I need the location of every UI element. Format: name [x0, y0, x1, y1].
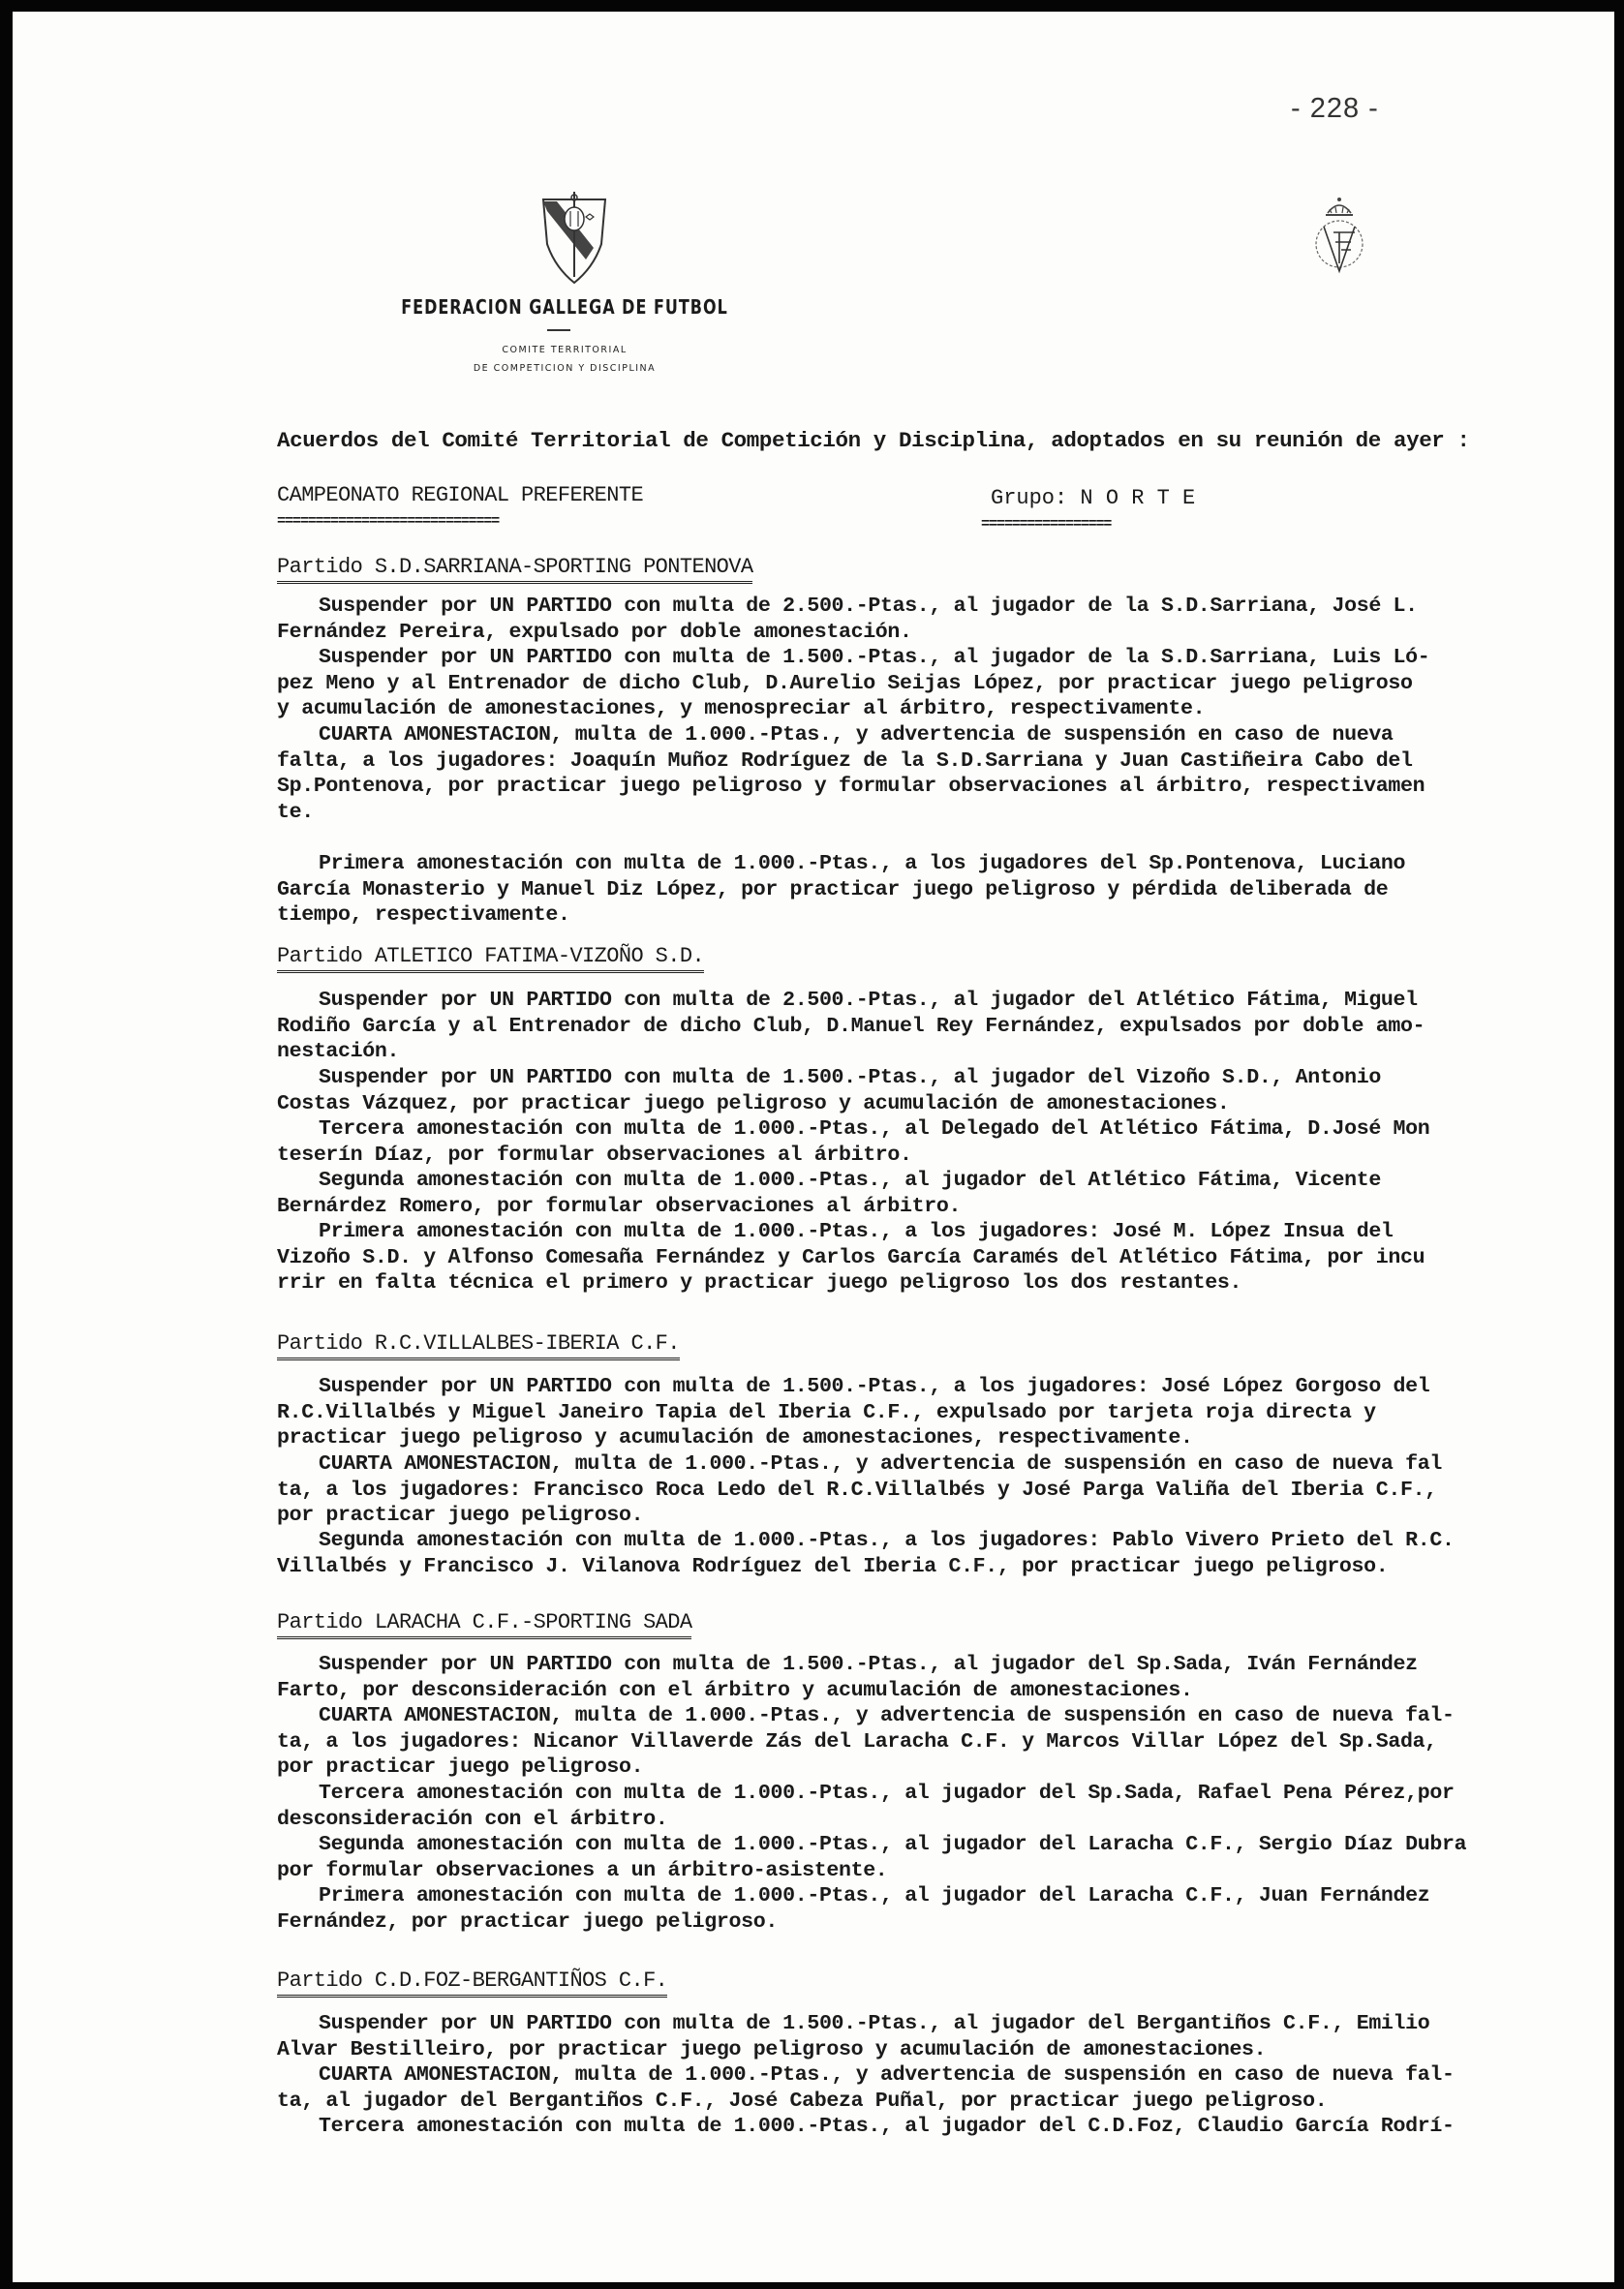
sanction-paragraph: Primera amonestación con multa de 1.000.… [277, 1883, 1579, 1935]
sanction-paragraph: Suspender por UN PARTIDO con multa de 1.… [277, 2011, 1579, 2062]
page-number: - 228 - [1291, 93, 1379, 125]
text-line: CUARTA AMONESTACION, multa de 1.000.-Pta… [277, 1703, 1579, 1729]
text-line: por formular observaciones a un árbitro-… [277, 1858, 1579, 1884]
text-line: rrir en falta técnica el primero y pract… [277, 1270, 1579, 1297]
text-line: desconsideración con el árbitro. [277, 1807, 1579, 1833]
sanction-paragraph: Tercera amonestación con multa de 1.000.… [277, 1781, 1579, 1832]
sanction-paragraph: Suspender por UN PARTIDO con multa de 1.… [277, 645, 1579, 722]
text-line: ta, al jugador del Bergantiños C.F., Jos… [277, 2089, 1579, 2115]
text-line: Primera amonestación con multa de 1.000.… [277, 1883, 1579, 1909]
sanction-paragraph: Suspender por UN PARTIDO con multa de 1.… [277, 1652, 1579, 1703]
text-line: ta, a los jugadores: Nicanor Villaverde … [277, 1729, 1579, 1755]
text-line: Segunda amonestación con multa de 1.000.… [277, 1832, 1579, 1858]
text-line: tiempo, respectivamente. [277, 902, 1579, 929]
championship-title: CAMPEONATO REGIONAL PREFERENTE [277, 483, 643, 507]
text-line: Bernárdez Romero, por formular observaci… [277, 1194, 1579, 1220]
letterhead-divider [547, 329, 570, 331]
text-line: CUARTA AMONESTACION, multa de 1.000.-Pta… [277, 1451, 1579, 1478]
text-line: Primera amonestación con multa de 1.000.… [277, 1219, 1579, 1245]
committee-line-2: DE COMPETICION Y DISCIPLINA [400, 363, 729, 374]
text-line: Suspender por UN PARTIDO con multa de 1.… [277, 1652, 1579, 1678]
match-section-title: Partido LARACHA C.F.-SPORTING SADA [277, 1610, 691, 1639]
text-line: Tercera amonestación con multa de 1.000.… [277, 1116, 1579, 1143]
galician-shield-icon [536, 188, 613, 285]
text-line: y acumulación de amonestaciones, y menos… [277, 696, 1579, 722]
match-section-title: Partido R.C.VILLALBES-IBERIA C.F. [277, 1331, 680, 1360]
text-line: Fernández Pereira, expulsado por doble a… [277, 620, 1579, 646]
sanction-paragraph: CUARTA AMONESTACION, multa de 1.000.-Pta… [277, 722, 1579, 825]
sanction-paragraph: Tercera amonestación con multa de 1.000.… [277, 1116, 1579, 1168]
text-line: Suspender por UN PARTIDO con multa de 2.… [277, 594, 1579, 620]
match-section-title: Partido S.D.SARRIANA-SPORTING PONTENOVA [277, 555, 752, 584]
sanction-paragraph: Suspender por UN PARTIDO con multa de 1.… [277, 1374, 1579, 1451]
text-line: Rodiño García y al Entrenador de dicho C… [277, 1014, 1579, 1040]
text-line: Suspender por UN PARTIDO con multa de 1.… [277, 2011, 1579, 2037]
match-section-title: Partido ATLETICO FATIMA-VIZOÑO S.D. [277, 944, 704, 973]
document-page: - 228 - FEDERACION GALLEGA DE FUTBOL COM… [13, 12, 1614, 2282]
text-line: Suspender por UN PARTIDO con multa de 1.… [277, 645, 1579, 671]
text-line: Segunda amonestación con multa de 1.000.… [277, 1528, 1579, 1554]
text-line: falta, a los jugadores: Joaquín Muñoz Ro… [277, 748, 1579, 775]
championship-rule: ============================= [277, 513, 499, 530]
sanction-paragraph: CUARTA AMONESTACION, multa de 1.000.-Pta… [277, 2062, 1579, 2114]
sanction-paragraph: Primera amonestación con multa de 1.000.… [277, 851, 1579, 929]
text-line: Farto, por desconsideración con el árbit… [277, 1678, 1579, 1704]
sanction-paragraph: CUARTA AMONESTACION, multa de 1.000.-Pta… [277, 1451, 1579, 1529]
text-line: pez Meno y al Entrenador de dicho Club, … [277, 671, 1579, 697]
sanction-paragraph: Suspender por UN PARTIDO con multa de 2.… [277, 988, 1579, 1065]
text-line: Tercera amonestación con multa de 1.000.… [277, 1781, 1579, 1807]
group-rule: ================= [981, 516, 1111, 533]
sanction-paragraph: Segunda amonestación con multa de 1.000.… [277, 1832, 1579, 1883]
text-line: Alvar Bestilleiro, por practicar juego p… [277, 2037, 1579, 2063]
sanction-paragraph: Suspender por UN PARTIDO con multa de 1.… [277, 1065, 1579, 1116]
text-line: nestación. [277, 1039, 1579, 1065]
text-line: ta, a los jugadores: Francisco Roca Ledo… [277, 1478, 1579, 1504]
text-line: García Monasterio y Manuel Diz López, po… [277, 877, 1579, 903]
text-line: Villalbés y Francisco J. Vilanova Rodríg… [277, 1554, 1579, 1580]
text-line: Costas Vázquez, por practicar juego peli… [277, 1091, 1579, 1117]
sanction-paragraph: Tercera amonestación con multa de 1.000.… [277, 2114, 1579, 2140]
intro-heading: Acuerdos del Comité Territorial de Compe… [277, 428, 1470, 453]
text-line: Segunda amonestación con multa de 1.000.… [277, 1168, 1579, 1194]
text-line: por practicar juego peligroso. [277, 1755, 1579, 1781]
text-line: teserín Díaz, por formular observaciones… [277, 1143, 1579, 1169]
sanction-paragraph: CUARTA AMONESTACION, multa de 1.000.-Pta… [277, 1703, 1579, 1781]
text-line: Vizoño S.D. y Alfonso Comesaña Fernández… [277, 1245, 1579, 1271]
text-line: Primera amonestación con multa de 1.000.… [277, 851, 1579, 877]
text-line: practicar juego peligroso y acumulación … [277, 1425, 1579, 1451]
text-line: Suspender por UN PARTIDO con multa de 1.… [277, 1065, 1579, 1091]
sanction-paragraph: Segunda amonestación con multa de 1.000.… [277, 1168, 1579, 1219]
text-line: Fernández, por practicar juego peligroso… [277, 1909, 1579, 1936]
sanction-paragraph: Primera amonestación con multa de 1.000.… [277, 1219, 1579, 1297]
text-line: CUARTA AMONESTACION, multa de 1.000.-Pta… [277, 722, 1579, 748]
text-line: por practicar juego peligroso. [277, 1503, 1579, 1529]
rfef-crest-icon [1310, 192, 1368, 277]
sanction-paragraph: Segunda amonestación con multa de 1.000.… [277, 1528, 1579, 1579]
text-line: CUARTA AMONESTACION, multa de 1.000.-Pta… [277, 2062, 1579, 2089]
text-line: Suspender por UN PARTIDO con multa de 1.… [277, 1374, 1579, 1400]
group-label: Grupo: N O R T E [991, 486, 1195, 510]
text-line: te. [277, 800, 1579, 826]
text-line: R.C.Villalbés y Miguel Janeiro Tapia del… [277, 1400, 1579, 1426]
sanction-paragraph: Suspender por UN PARTIDO con multa de 2.… [277, 594, 1579, 645]
federation-name: FEDERACION GALLEGA DE FUTBOL [400, 295, 729, 319]
text-line: Suspender por UN PARTIDO con multa de 2.… [277, 988, 1579, 1014]
text-line: Tercera amonestación con multa de 1.000.… [277, 2114, 1579, 2140]
text-line: Sp.Pontenova, por practicar juego peligr… [277, 774, 1579, 800]
match-section-title: Partido C.D.FOZ-BERGANTIÑOS C.F. [277, 1969, 667, 1998]
committee-line-1: COMITE TERRITORIAL [400, 345, 729, 355]
